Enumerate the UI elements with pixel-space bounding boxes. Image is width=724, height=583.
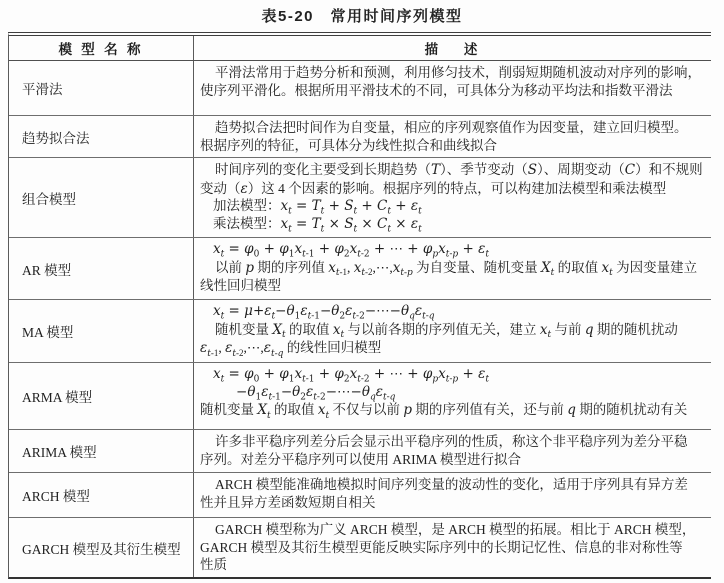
model-name-label: 趋势拟合法 xyxy=(22,127,90,147)
model-name-cell: ARIMA 模型 xyxy=(9,430,194,472)
formula-line: −θ1εt-1−θ2εt-2−⋯−θqεt-q xyxy=(200,384,703,402)
model-description-cell: 时间序列的变化主要受到长期趋势（T）、季节变动（S）、周期变动（C）和不规则变动… xyxy=(194,158,711,237)
description-line: ARCH 模型能准确地模拟时间序列变量的波动性的变化，适用于序列具有异方差 xyxy=(200,476,703,494)
description-line: 变动（ε）这 4 个因素的影响。根据序列的特点，可以构建加法模型和乘法模型 xyxy=(200,180,703,199)
description-line: 以前 p 期的序列值 xt-1, xt-2,⋯,xt-p 为自变量、随机变量 X… xyxy=(200,259,703,278)
formula-line: 加法模型：xt = Tt + St + Ct + εt xyxy=(200,198,703,216)
description-line: εt-1, εt-2,⋯,εt-q 的线性回归模型 xyxy=(200,339,703,358)
model-description-cell: xt = φ0 + φ1xt-1 + φ2xt-2 + ⋯ + φpxt-p +… xyxy=(194,363,711,429)
table-header-row: 模 型 名 称 描 述 xyxy=(9,36,711,61)
table-row: MA 模型xt = μ+εt−θ1εt-1−θ2εt-2−⋯−θqεt-q随机变… xyxy=(9,300,711,363)
description-line: 趋势拟合法把时间作为自变量，相应的序列观察值作为因变量，建立回归模型。 xyxy=(200,119,703,137)
models-table: 模 型 名 称 描 述 平滑法平滑法常用于趋势分析和预测，利用修匀技术，削弱短期… xyxy=(8,32,711,579)
model-description-cell: 平滑法常用于趋势分析和预测，利用修匀技术，削弱短期随机波动对序列的影响，使序列平… xyxy=(194,61,711,115)
formula-line: xt = μ+εt−θ1εt-1−θ2εt-2−⋯−θqεt-q xyxy=(200,303,703,321)
model-name-label: ARMA 模型 xyxy=(22,386,92,406)
table-row: GARCH 模型及其衍生模型GARCH 模型称为广义 ARCH 模型，是 ARC… xyxy=(9,518,711,577)
column-header-description: 描 述 xyxy=(194,38,711,58)
description-line: 随机变量 Xt 的取值 xt 与以前各期的序列值无关，建立 xt 与前 q 期的… xyxy=(200,321,703,340)
model-description-cell: GARCH 模型称为广义 ARCH 模型，是 ARCH 模型的拓展。相比于 AR… xyxy=(194,518,711,577)
model-name-cell: AR 模型 xyxy=(9,238,194,299)
description-line: 序列。对差分平稳序列可以使用 ARIMA 模型进行拟合 xyxy=(200,451,703,469)
model-name-cell: 组合模型 xyxy=(9,158,194,237)
description-line: 性质 xyxy=(200,556,703,574)
description-line: 线性回归模型 xyxy=(200,277,703,295)
model-description-cell: 许多非平稳序列差分后会显示出平稳序列的性质，称这个非平稳序列为差分平稳序列。对差… xyxy=(194,430,711,472)
model-description-cell: ARCH 模型能准确地模拟时间序列变量的波动性的变化，适用于序列具有异方差性并且… xyxy=(194,473,711,517)
model-name-label: MA 模型 xyxy=(22,321,73,341)
document-page: { "title": "表5-20 常用时间序列模型", "table": { … xyxy=(0,0,724,583)
table-row: ARIMA 模型许多非平稳序列差分后会显示出平稳序列的性质，称这个非平稳序列为差… xyxy=(9,430,711,473)
table-row: ARMA 模型xt = φ0 + φ1xt-1 + φ2xt-2 + ⋯ + φ… xyxy=(9,363,711,430)
description-line: 许多非平稳序列差分后会显示出平稳序列的性质，称这个非平稳序列为差分平稳 xyxy=(200,433,703,451)
formula-line: 乘法模型：xt = Tt × St × Ct × εt xyxy=(200,216,703,234)
formula-line: xt = φ0 + φ1xt-1 + φ2xt-2 + ⋯ + φpxt-p +… xyxy=(200,241,703,259)
column-header-model-name: 模 型 名 称 xyxy=(9,36,194,60)
model-name-cell: GARCH 模型及其衍生模型 xyxy=(9,518,194,577)
model-name-label: GARCH 模型及其衍生模型 xyxy=(22,538,181,558)
table-row: 平滑法平滑法常用于趋势分析和预测，利用修匀技术，削弱短期随机波动对序列的影响，使… xyxy=(9,61,711,116)
model-name-label: ARIMA 模型 xyxy=(22,441,97,461)
model-name-label: 平滑法 xyxy=(22,78,63,98)
model-name-label: 组合模型 xyxy=(22,188,76,208)
table-title: 表5-20 常用时间序列模型 xyxy=(0,5,724,26)
table-row: 趋势拟合法趋势拟合法把时间作为自变量，相应的序列观察值作为因变量，建立回归模型。… xyxy=(9,116,711,158)
table-row: AR 模型xt = φ0 + φ1xt-1 + φ2xt-2 + ⋯ + φpx… xyxy=(9,238,711,300)
description-line: 根据序列的特征，可具体分为线性拟合和曲线拟合 xyxy=(200,137,703,155)
description-line: 使序列平滑化。根据所用平滑技术的不同，可具体分为移动平均法和指数平滑法 xyxy=(200,82,703,100)
table-row: ARCH 模型ARCH 模型能准确地模拟时间序列变量的波动性的变化，适用于序列具… xyxy=(9,473,711,518)
description-line: 平滑法常用于趋势分析和预测，利用修匀技术，削弱短期随机波动对序列的影响， xyxy=(200,64,703,82)
model-name-label: AR 模型 xyxy=(22,259,71,279)
model-description-cell: 趋势拟合法把时间作为自变量，相应的序列观察值作为因变量，建立回归模型。根据序列的… xyxy=(194,116,711,157)
model-name-label: ARCH 模型 xyxy=(22,485,90,505)
table-row: 组合模型时间序列的变化主要受到长期趋势（T）、季节变动（S）、周期变动（C）和不… xyxy=(9,158,711,238)
model-name-cell: 平滑法 xyxy=(9,61,194,115)
table-body: 平滑法平滑法常用于趋势分析和预测，利用修匀技术，削弱短期随机波动对序列的影响，使… xyxy=(9,61,711,577)
formula-line: xt = φ0 + φ1xt-1 + φ2xt-2 + ⋯ + φpxt-p +… xyxy=(200,366,703,384)
model-name-cell: ARMA 模型 xyxy=(9,363,194,429)
description-line: 随机变量 Xt 的取值 xt 不仅与以前 p 期的序列值有关，还与前 q 期的随… xyxy=(200,401,703,420)
description-line: 时间序列的变化主要受到长期趋势（T）、季节变动（S）、周期变动（C）和不规则 xyxy=(200,161,703,180)
model-description-cell: xt = φ0 + φ1xt-1 + φ2xt-2 + ⋯ + φpxt-p +… xyxy=(194,238,711,299)
description-line: GARCH 模型称为广义 ARCH 模型，是 ARCH 模型的拓展。相比于 AR… xyxy=(200,521,703,539)
description-line: 性并且异方差函数短期自相关 xyxy=(200,494,703,512)
model-name-cell: MA 模型 xyxy=(9,300,194,362)
model-name-cell: 趋势拟合法 xyxy=(9,116,194,157)
description-line: GARCH 模型及其衍生模型更能反映实际序列中的长期记忆性、信息的非对称性等 xyxy=(200,539,703,557)
model-name-cell: ARCH 模型 xyxy=(9,473,194,517)
model-description-cell: xt = μ+εt−θ1εt-1−θ2εt-2−⋯−θqεt-q随机变量 Xt … xyxy=(194,300,711,362)
